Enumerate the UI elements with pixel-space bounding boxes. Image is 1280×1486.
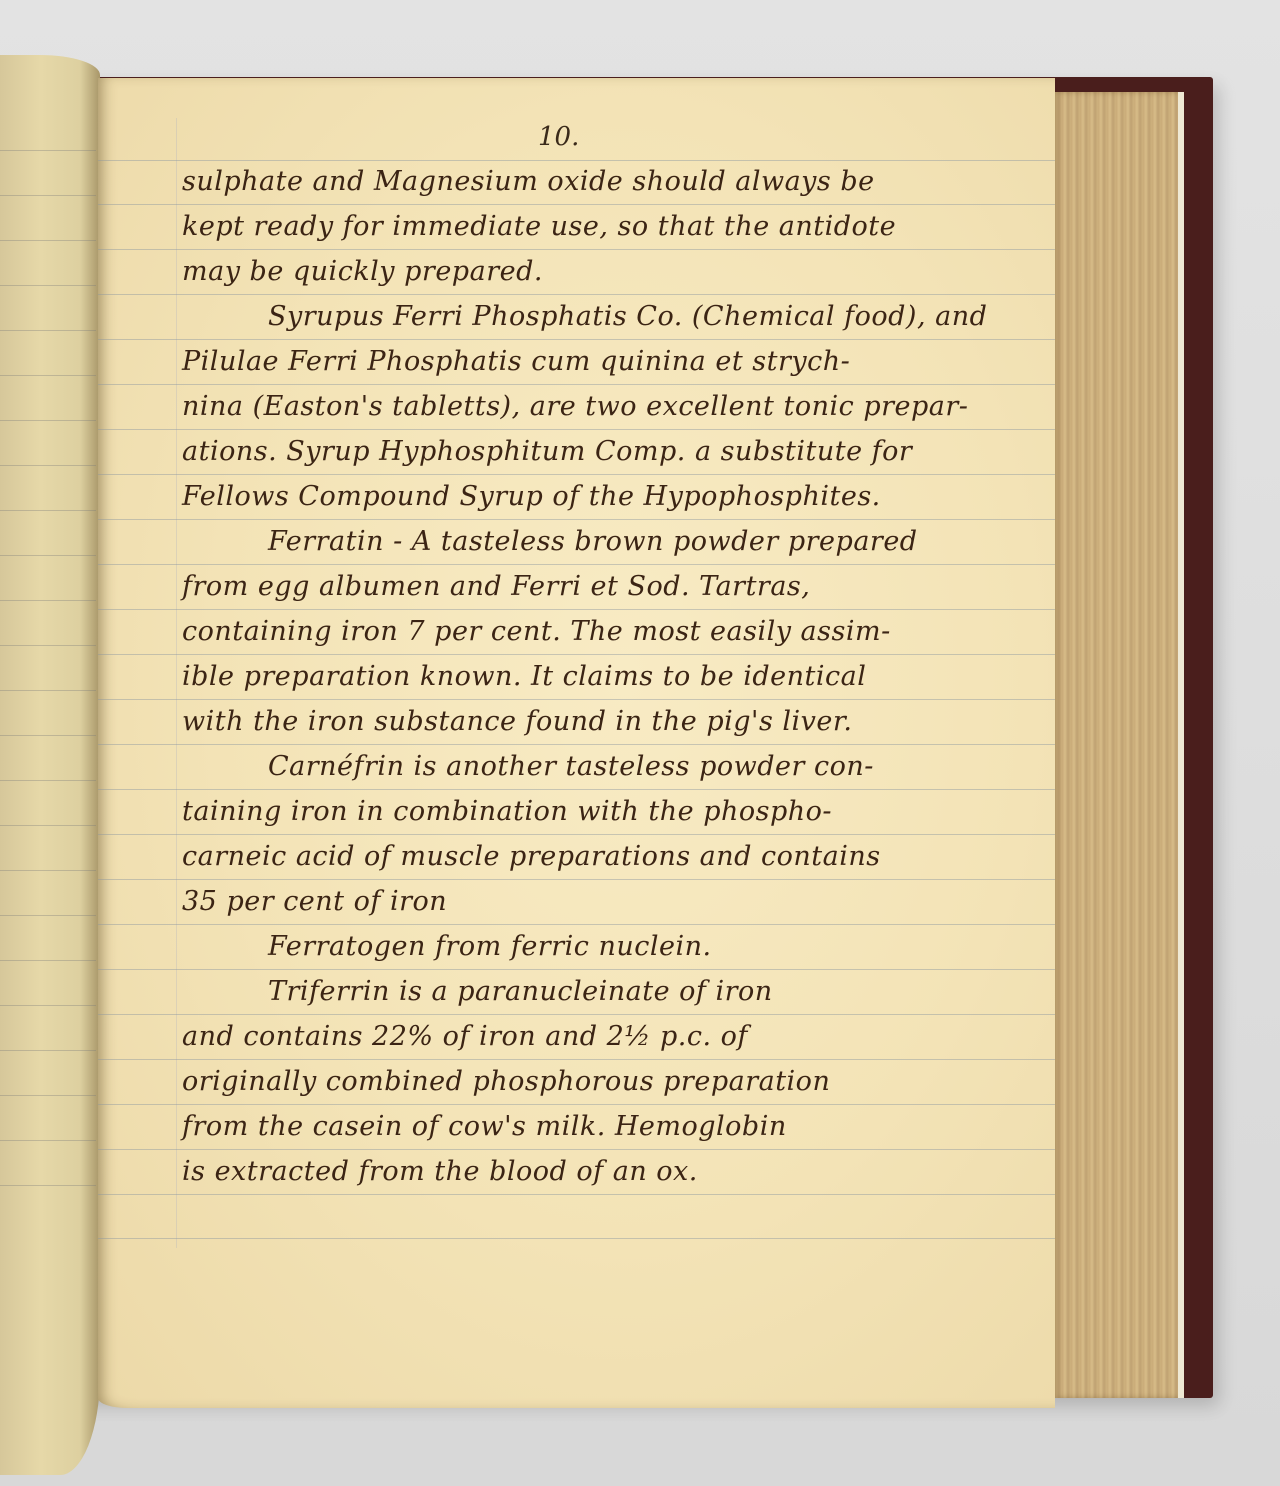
rule-line (98, 699, 1055, 700)
rule-line (0, 420, 96, 421)
rule-line (0, 915, 96, 916)
rule-line (98, 564, 1055, 565)
rule-line (0, 375, 96, 376)
rule-line (98, 969, 1055, 970)
rule-line (0, 465, 96, 466)
handwritten-line: Triferrin is a paranucleinate of iron (268, 976, 773, 1007)
handwritten-line: and contains 22% of iron and 2½ p.c. of (182, 1021, 748, 1052)
rule-line (0, 1185, 96, 1186)
handwritten-line: nina (Easton's tabletts), are two excell… (182, 391, 968, 422)
rule-line (98, 609, 1055, 610)
page-stack-edge (1053, 92, 1184, 1398)
handwritten-line: carneic acid of muscle preparations and … (182, 841, 881, 872)
rule-line (0, 1050, 96, 1051)
rule-line (0, 555, 96, 556)
rule-line (0, 1140, 96, 1141)
rule-line (98, 474, 1055, 475)
rule-line (0, 1005, 96, 1006)
rule-line (0, 960, 96, 961)
rule-line (98, 924, 1055, 925)
rule-line (98, 160, 1055, 161)
rule-line (98, 654, 1055, 655)
handwritten-line: Pilulae Ferri Phosphatis cum quinina et … (182, 346, 850, 377)
rule-line (98, 249, 1055, 250)
notebook-page: 10. sulphate and Magnesium oxide should … (98, 78, 1055, 1408)
rule-line (98, 429, 1055, 430)
rule-line (0, 240, 96, 241)
rule-line (98, 1104, 1055, 1105)
handwritten-line: 35 per cent of iron (182, 886, 447, 917)
rule-line (98, 744, 1055, 745)
handwritten-line: ible preparation known. It claims to be … (182, 661, 866, 692)
handwritten-line: may be quickly prepared. (182, 256, 543, 287)
rule-line (98, 1059, 1055, 1060)
handwritten-line: kept ready for immediate use, so that th… (182, 211, 896, 242)
handwritten-line: ations. Syrup Hyphosphitum Comp. a subst… (182, 436, 912, 467)
rule-line (98, 294, 1055, 295)
rule-line (98, 384, 1055, 385)
rule-line (98, 1194, 1055, 1195)
handwritten-line: from egg albumen and Ferri et Sod. Tartr… (182, 571, 810, 602)
rule-line (0, 510, 96, 511)
handwritten-line: Ferratin - A tasteless brown powder prep… (268, 526, 918, 557)
rule-line (98, 204, 1055, 205)
rule-line (0, 330, 96, 331)
handwritten-line: containing iron 7 per cent. The most eas… (182, 616, 891, 647)
rule-line (0, 645, 96, 646)
rule-line (0, 195, 96, 196)
handwritten-line: Carnéfrin is another tasteless powder co… (268, 751, 874, 782)
handwritten-line: is extracted from the blood of an ox. (182, 1156, 698, 1187)
handwritten-line: originally combined phosphorous preparat… (182, 1066, 830, 1097)
rule-line (98, 519, 1055, 520)
handwritten-line: taining iron in combination with the pho… (182, 796, 832, 827)
rule-line (0, 825, 96, 826)
rule-line (0, 690, 96, 691)
handwritten-line: Syrupus Ferri Phosphatis Co. (Chemical f… (268, 301, 987, 332)
handwritten-line: from the casein of cow's milk. Hemoglobi… (182, 1111, 787, 1142)
rule-line (0, 285, 96, 286)
rule-line (98, 834, 1055, 835)
rule-line (98, 1014, 1055, 1015)
rule-line (0, 735, 96, 736)
rule-line (0, 870, 96, 871)
rule-line (0, 780, 96, 781)
rule-line (0, 600, 96, 601)
rule-line (98, 339, 1055, 340)
handwritten-line: with the iron substance found in the pig… (182, 706, 852, 737)
handwritten-line: sulphate and Magnesium oxide should alwa… (182, 166, 875, 197)
rule-line (0, 150, 96, 151)
page-number: 10. (538, 122, 579, 152)
left-page-curl (0, 55, 100, 1475)
margin-line (176, 118, 177, 1248)
handwritten-line: Fellows Compound Syrup of the Hypophosph… (182, 481, 881, 512)
rule-line (98, 789, 1055, 790)
handwritten-line: Ferratogen from ferric nuclein. (268, 931, 712, 962)
rule-line (98, 1149, 1055, 1150)
rule-line (98, 879, 1055, 880)
rule-line (0, 1095, 96, 1096)
rule-line (98, 1238, 1055, 1239)
